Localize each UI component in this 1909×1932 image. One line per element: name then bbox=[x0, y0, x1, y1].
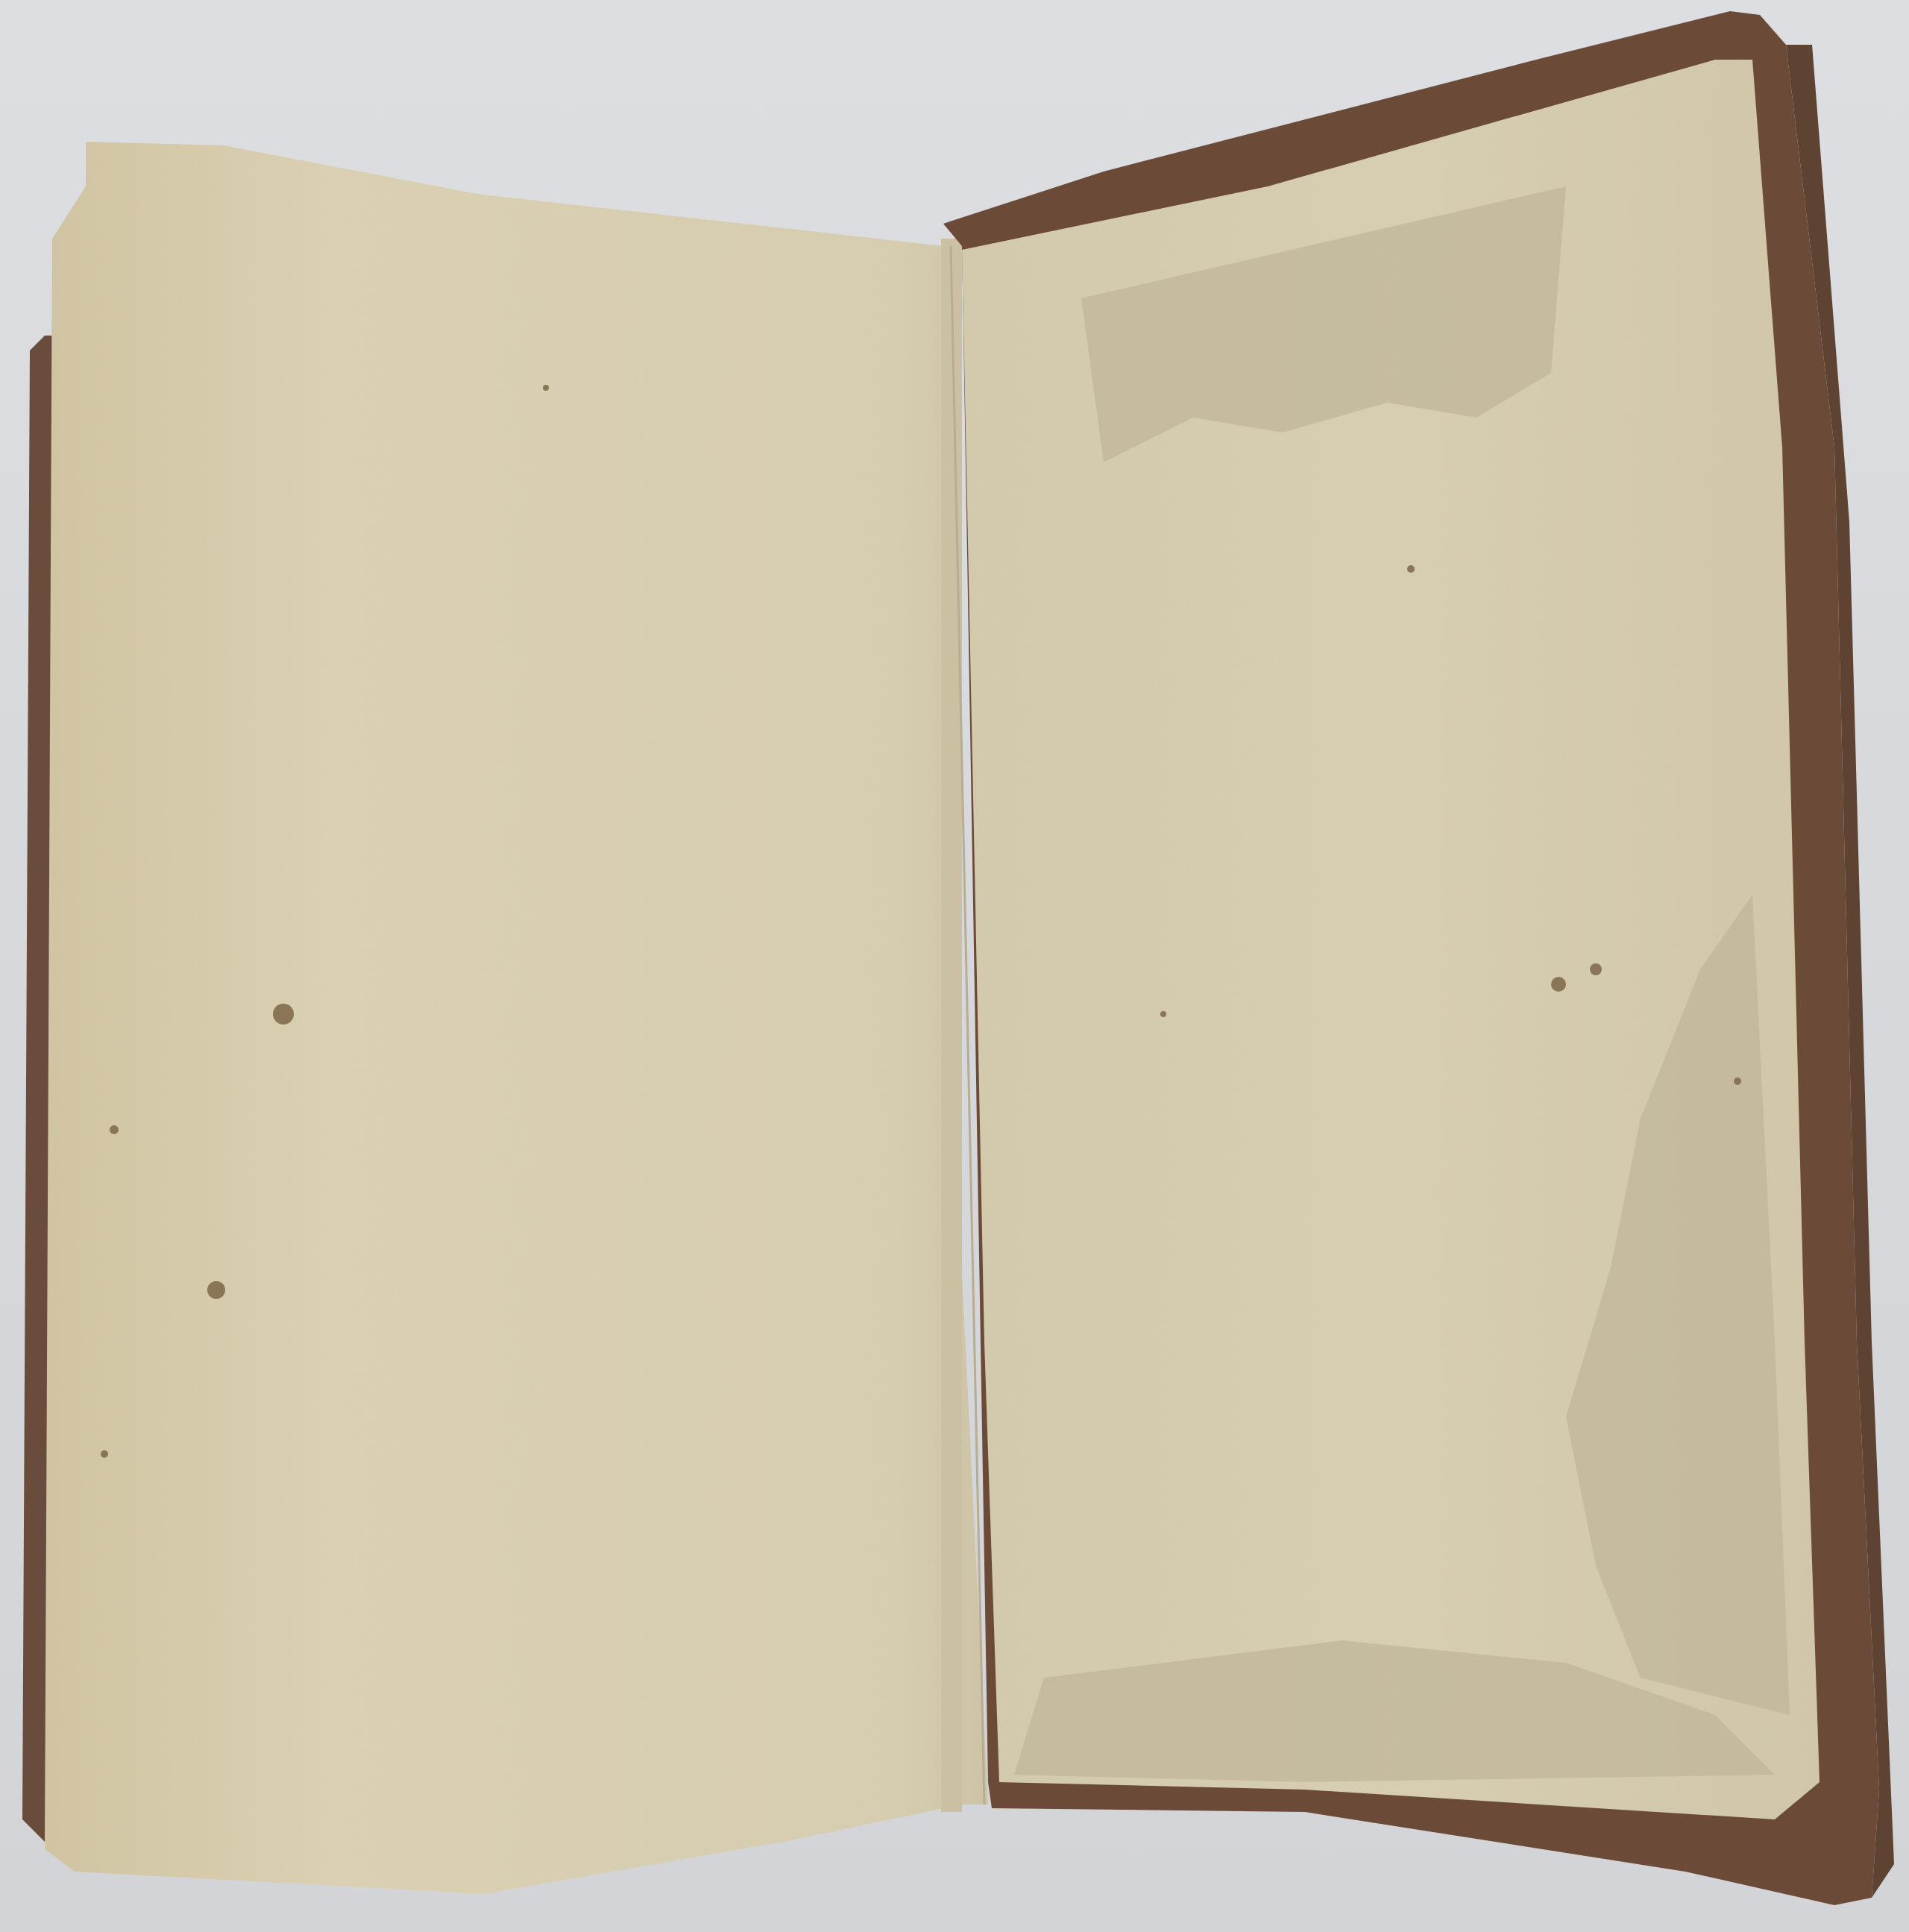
gutter bbox=[941, 239, 962, 1812]
photo-scene bbox=[0, 0, 1909, 1932]
book-illustration bbox=[0, 0, 1909, 1932]
